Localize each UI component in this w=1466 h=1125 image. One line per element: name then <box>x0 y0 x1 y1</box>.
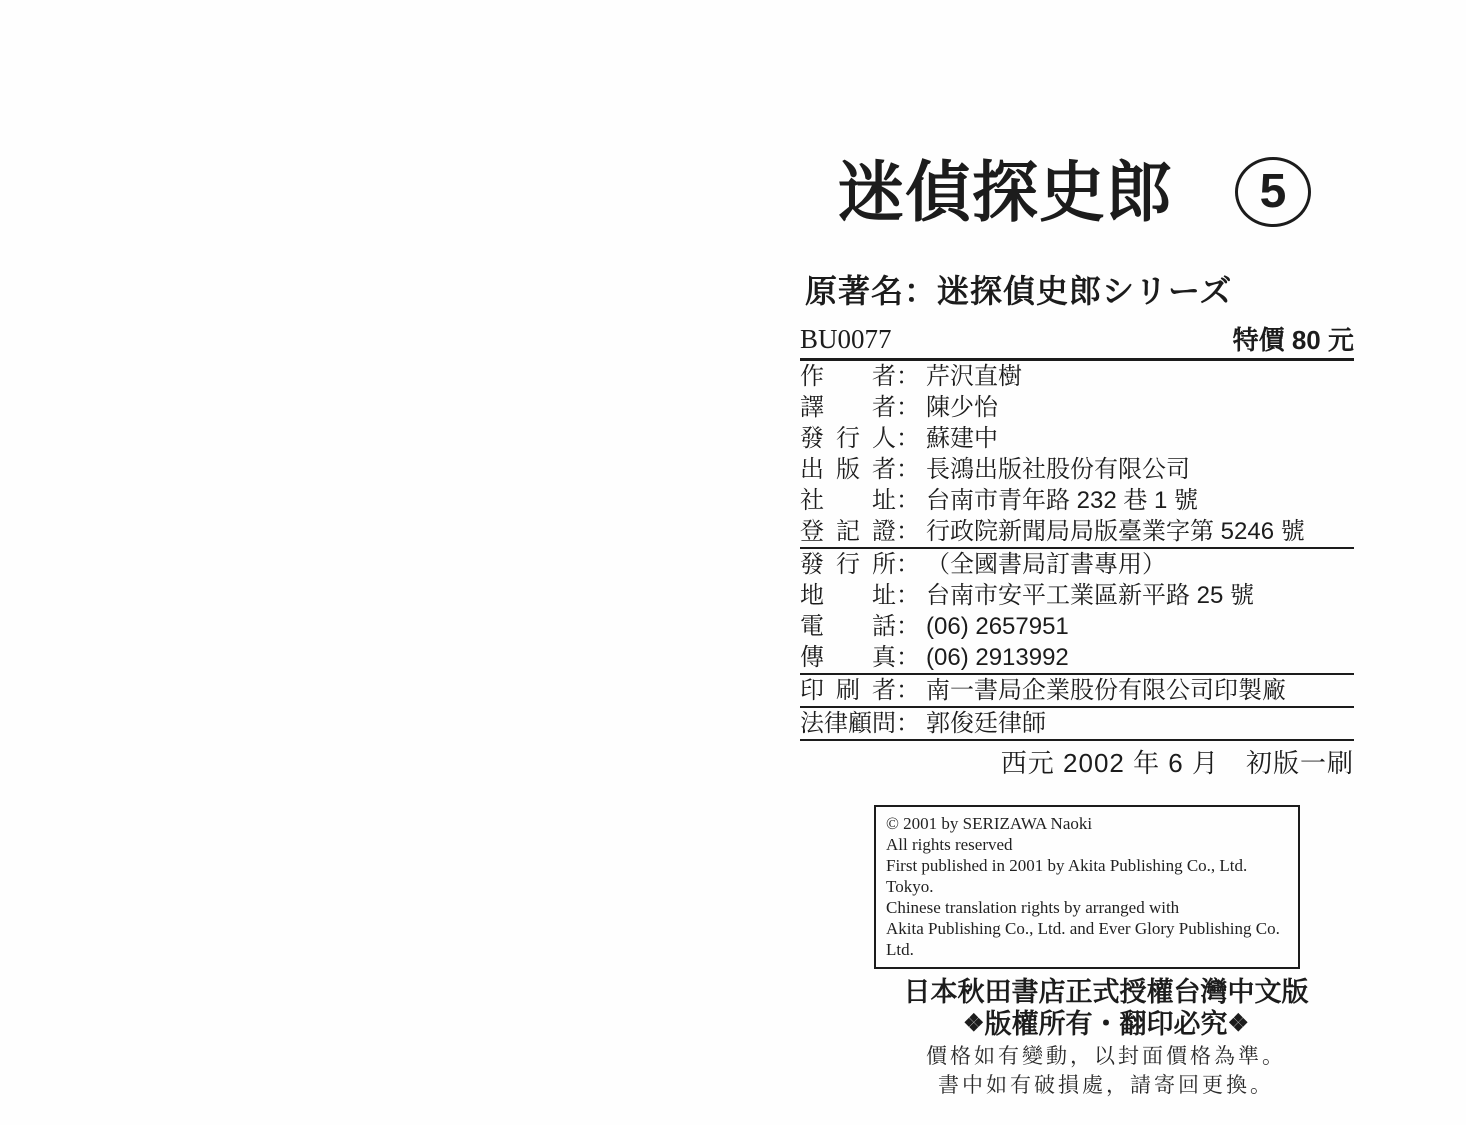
row-label: 社址 <box>800 485 896 516</box>
row-value: 台南市安平工業區新平路 25 號 <box>920 580 1254 611</box>
colophon-page: 迷偵探史郎 5 原著名：迷探偵史郎シリーズ BU0077 特價 80 元 作者：… <box>0 0 1466 1125</box>
row-colon: ： <box>896 454 920 485</box>
row-colon: ： <box>896 675 920 706</box>
row-value: 芹沢直樹 <box>920 361 1022 392</box>
taiwan-license-line: 日本秋田書店正式授權台灣中文版 <box>858 976 1354 1008</box>
colophon-content-column: 迷偵探史郎 5 原著名：迷探偵史郎シリーズ BU0077 特價 80 元 作者：… <box>800 0 1354 1100</box>
volume-number-badge: 5 <box>1235 157 1311 227</box>
diamond-icon: ❖ <box>963 1010 985 1037</box>
table-row-fax: 傳真：(06) 2913992 <box>800 642 1354 675</box>
copyright-line: © 2001 by SERIZAWA Naoki <box>886 813 1288 834</box>
row-colon: ： <box>896 611 920 642</box>
title-row: 迷偵探史郎 5 <box>838 152 1354 232</box>
row-value: 郭俊廷律師 <box>920 708 1046 739</box>
table-row-phone: 電話：(06) 2657951 <box>800 611 1354 642</box>
row-colon: ： <box>896 392 920 423</box>
row-label: 發行人 <box>800 423 896 454</box>
row-value: 台南市青年路 232 巷 1 號 <box>920 485 1198 516</box>
row-label: 作者 <box>800 361 896 392</box>
row-colon: ： <box>896 423 920 454</box>
footer-block: 日本秋田書店正式授權台灣中文版 ❖版權所有・翻印必究❖ 價格如有變動，以封面價格… <box>800 976 1354 1100</box>
table-row-distributor-address: 地址：台南市安平工業區新平路 25 號 <box>800 580 1354 611</box>
row-colon: ： <box>896 485 920 516</box>
copyright-line: Akita Publishing Co., Ltd. and Ever Glor… <box>886 918 1288 960</box>
row-label: 譯者 <box>800 392 896 423</box>
edition-date-line: 西元 2002 年 6 月 初版一刷 <box>800 747 1354 779</box>
copyright-line: First published in 2001 by Akita Publish… <box>886 855 1288 897</box>
table-row-registration: 登記證：行政院新聞局局版臺業字第 5246 號 <box>800 516 1354 549</box>
catalog-code: BU0077 <box>800 326 892 353</box>
table-row-legal-advisor: 法律顧問：郭俊廷律師 <box>800 708 1354 741</box>
copyright-notice-box: © 2001 by SERIZAWA Naoki All rights rese… <box>874 805 1300 969</box>
row-colon: ： <box>896 708 920 739</box>
rights-reserved-line: ❖版權所有・翻印必究❖ <box>858 1008 1354 1042</box>
row-colon: ： <box>896 580 920 611</box>
table-row-publisher: 出版者：長鴻出版社股份有限公司 <box>800 454 1354 485</box>
row-value: (06) 2913992 <box>920 642 1069 673</box>
row-colon: ： <box>896 361 920 392</box>
row-label: 傳真 <box>800 642 896 673</box>
table-row-office-address: 社址：台南市青年路 232 巷 1 號 <box>800 485 1354 516</box>
row-value: （全國書局訂書專用） <box>920 549 1166 580</box>
code-price-row: BU0077 特價 80 元 <box>800 326 1354 361</box>
price-change-notice: 價格如有變動，以封面價格為準。 <box>858 1042 1354 1071</box>
rights-reserved-text: 版權所有・翻印必究 <box>985 1009 1228 1039</box>
copyright-line: Chinese translation rights by arranged w… <box>886 897 1288 918</box>
row-label: 地址 <box>800 580 896 611</box>
diamond-icon: ❖ <box>1228 1010 1250 1037</box>
original-title-line: 原著名：迷探偵史郎シリーズ <box>805 266 1354 312</box>
publication-info-table: 作者：芹沢直樹 譯者：陳少怡 發行人：蘇建中 出版者：長鴻出版社股份有限公司 社… <box>800 361 1354 741</box>
table-row-issuer: 發行人：蘇建中 <box>800 423 1354 454</box>
row-value: 行政院新聞局局版臺業字第 5246 號 <box>920 516 1305 547</box>
table-row-printer: 印刷者：南一書局企業股份有限公司印製廠 <box>800 675 1354 708</box>
row-label: 發行所 <box>800 549 896 580</box>
row-value: (06) 2657951 <box>920 611 1069 642</box>
row-label: 印刷者 <box>800 675 896 706</box>
row-value: 長鴻出版社股份有限公司 <box>920 454 1190 485</box>
row-label: 登記證 <box>800 516 896 547</box>
book-title: 迷偵探史郎 <box>838 152 1173 232</box>
damage-replacement-notice: 書中如有破損處，請寄回更換。 <box>858 1071 1354 1100</box>
row-colon: ： <box>896 516 920 547</box>
row-colon: ： <box>896 642 920 673</box>
row-value: 南一書局企業股份有限公司印製廠 <box>920 675 1286 706</box>
price-label: 特價 80 元 <box>1233 327 1354 353</box>
row-value: 蘇建中 <box>920 423 998 454</box>
table-row-author: 作者：芹沢直樹 <box>800 361 1354 392</box>
row-value: 陳少怡 <box>920 392 998 423</box>
table-row-translator: 譯者：陳少怡 <box>800 392 1354 423</box>
table-row-distributor: 發行所：（全國書局訂書專用） <box>800 549 1354 580</box>
row-label: 法律顧問 <box>800 708 896 739</box>
row-colon: ： <box>896 549 920 580</box>
copyright-line: All rights reserved <box>886 834 1288 855</box>
row-label: 電話 <box>800 611 896 642</box>
row-label: 出版者 <box>800 454 896 485</box>
